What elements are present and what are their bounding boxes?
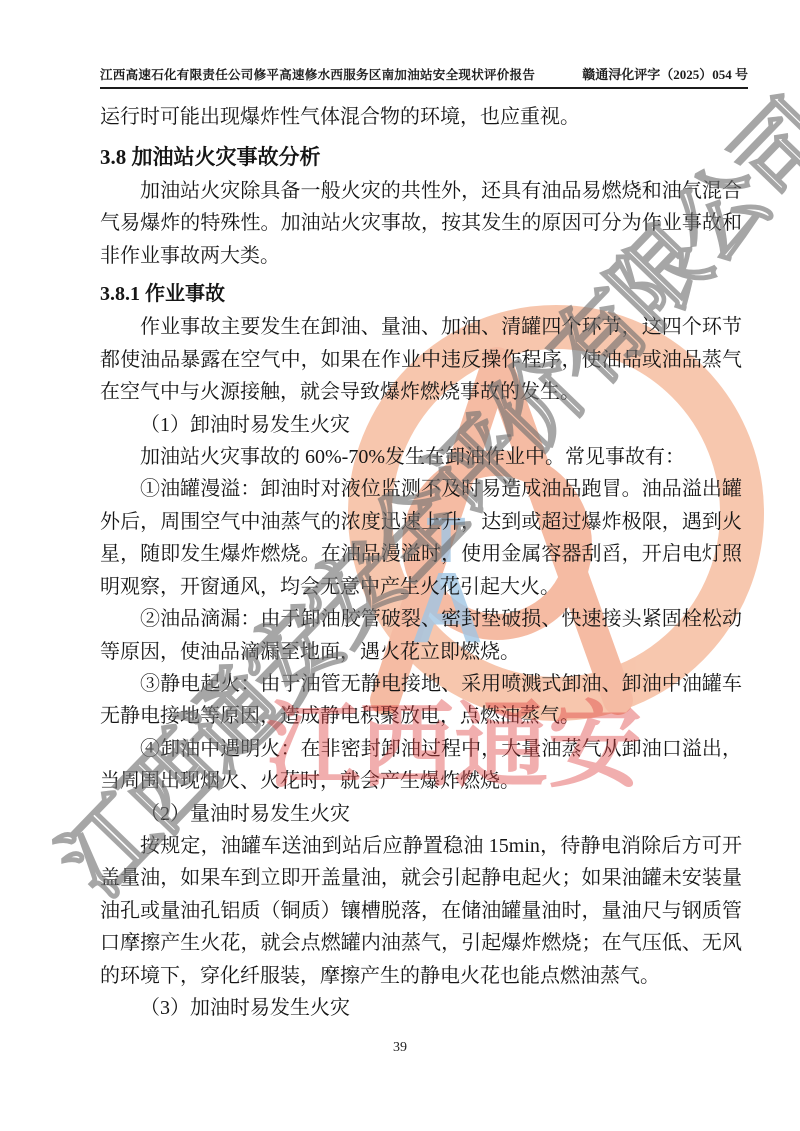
page-header: 江西高速石化有限责任公司修平高速修水西服务区南加油站安全现状评价报告 赣通浔化评… (100, 64, 748, 89)
page-number: 39 (0, 1040, 800, 1056)
list-item-1: （1）卸油时易发生火灾 (100, 409, 742, 441)
header-document-number: 赣通浔化评字（2025）054 号 (582, 64, 748, 83)
header-report-title: 江西高速石化有限责任公司修平高速修水西服务区南加油站安全现状评价报告 (100, 65, 535, 83)
sub-item-circle-2: ②油品滴漏：由于卸油胶管破裂、密封垫破损、快速接头紧固栓松动等原因，使油品滴漏至… (100, 603, 742, 668)
list-item-2: （2）量油时易发生火灾 (100, 798, 742, 830)
section-heading-3-8-1: 3.8.1 作业事故 (100, 278, 742, 310)
paragraph: 作业事故主要发生在卸油、量油、加油、清罐四个环节，这四个环节都使油品暴露在空气中… (100, 311, 742, 408)
sub-item-circle-4: ④卸油中遇明火：在非密封卸油过程中，大量油蒸气从卸油口溢出，当周围出现烟火、火花… (100, 733, 742, 798)
paragraph: 加油站火灾事故的 60%-70%发生在卸油作业中。常见事故有： (100, 441, 742, 473)
section-heading-3-8: 3.8 加油站火灾事故分析 (100, 141, 742, 173)
document-body: 运行时可能出现爆炸性气体混合物的环境，也应重视。3.8 加油站火灾事故分析加油站… (100, 101, 742, 1024)
paragraph: 按规定，油罐车送油到站后应静置稳油 15min，待静电消除后方可开盖量油，如果车… (100, 830, 742, 992)
paragraph: 加油站火灾除具备一般火灾的共性外，还具有油品易燃烧和油气混合气易爆炸的特殊性。加… (100, 175, 742, 272)
sub-item-circle-1: ①油罐漫溢：卸油时对液位监测不及时易造成油品跑冒。油品溢出罐外后，周围空气中油蒸… (100, 473, 742, 603)
paragraph-continuation: 运行时可能出现爆炸性气体混合物的环境，也应重视。 (100, 101, 742, 133)
list-item-3: （3）加油时易发生火灾 (100, 992, 742, 1024)
sub-item-circle-3: ③静电起火：由于油管无静电接地、采用喷溅式卸油、卸油中油罐车无静电接地等原因，造… (100, 668, 742, 733)
